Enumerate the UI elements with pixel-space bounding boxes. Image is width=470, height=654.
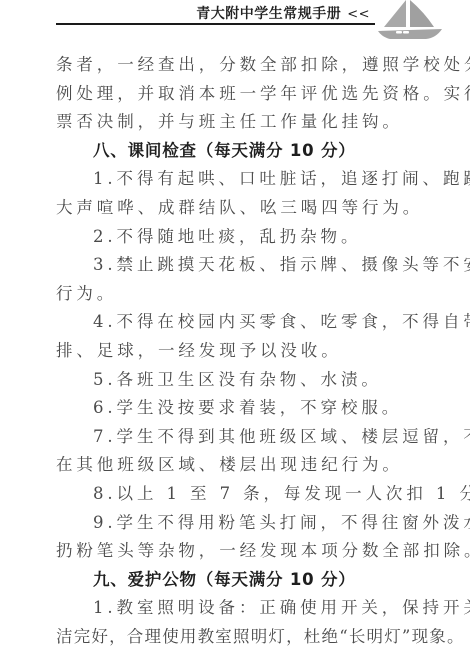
- text-line: 排、足球，一经发现予以没收。: [56, 337, 448, 366]
- rule-item: 7.学生不得到其他班级区域、楼层逗留，不得: [56, 423, 448, 452]
- chevron-left-icon: <<: [347, 7, 370, 22]
- rule-item: 1.教室照明设备：正确使用开关，保持开关整: [56, 594, 448, 623]
- rule-item: 6.学生没按要求着装，不穿校服。: [56, 394, 448, 423]
- rule-item: 8.以上 1 至 7 条，每发现一人次扣 1 分。: [56, 480, 448, 509]
- rule-item: 1.不得有起哄、口吐脏话，追逐打闹、跑跳、: [56, 165, 448, 194]
- text-line: 行为。: [56, 280, 448, 309]
- document-body: 条者，一经查出，分数全部扣除，遵照学校处分条 例处理，并取消本班一学年评优选先资…: [56, 51, 448, 651]
- handbook-title: 青大附中学生常规手册: [196, 6, 341, 22]
- text-line: 票否决制，并与班主任工作量化挂钩。: [56, 108, 448, 137]
- header-divider: [56, 23, 375, 25]
- text-line: 条者，一经查出，分数全部扣除，遵照学校处分条: [56, 51, 448, 80]
- rule-item: 5.各班卫生区没有杂物、水渍。: [56, 366, 448, 395]
- text-line: 例处理，并取消本班一学年评优选先资格。实行一: [56, 80, 448, 109]
- rule-item: 9.学生不得用粉笔头打闹，不得往窗外泼水、: [56, 509, 448, 538]
- rule-item: 4.不得在校园内买零食、吃零食，不得自带篮、: [56, 308, 448, 337]
- text-line: 大声喧哗、成群结队、吆三喝四等行为。: [56, 194, 448, 223]
- sailboat-icon: [376, 0, 446, 42]
- section-heading: 九、爱护公物（每天满分 10 分）: [56, 566, 448, 595]
- text-line: 洁完好，合理使用教室照明灯，杜绝“长明灯”现象。: [56, 623, 448, 652]
- text-line: 在其他班级区域、楼层出现违纪行为。: [56, 451, 448, 480]
- rule-item: 2.不得随地吐痰，乱扔杂物。: [56, 223, 448, 252]
- text-line: 扔粉笔头等杂物，一经发现本项分数全部扣除。: [56, 537, 448, 566]
- rule-item: 3.禁止跳摸天花板、指示牌、摄像头等不安全: [56, 251, 448, 280]
- section-heading: 八、课间检查（每天满分 10 分）: [56, 137, 448, 166]
- page-header: 青大附中学生常规手册<<: [56, 0, 376, 26]
- running-header: 青大附中学生常规手册<<: [196, 3, 370, 23]
